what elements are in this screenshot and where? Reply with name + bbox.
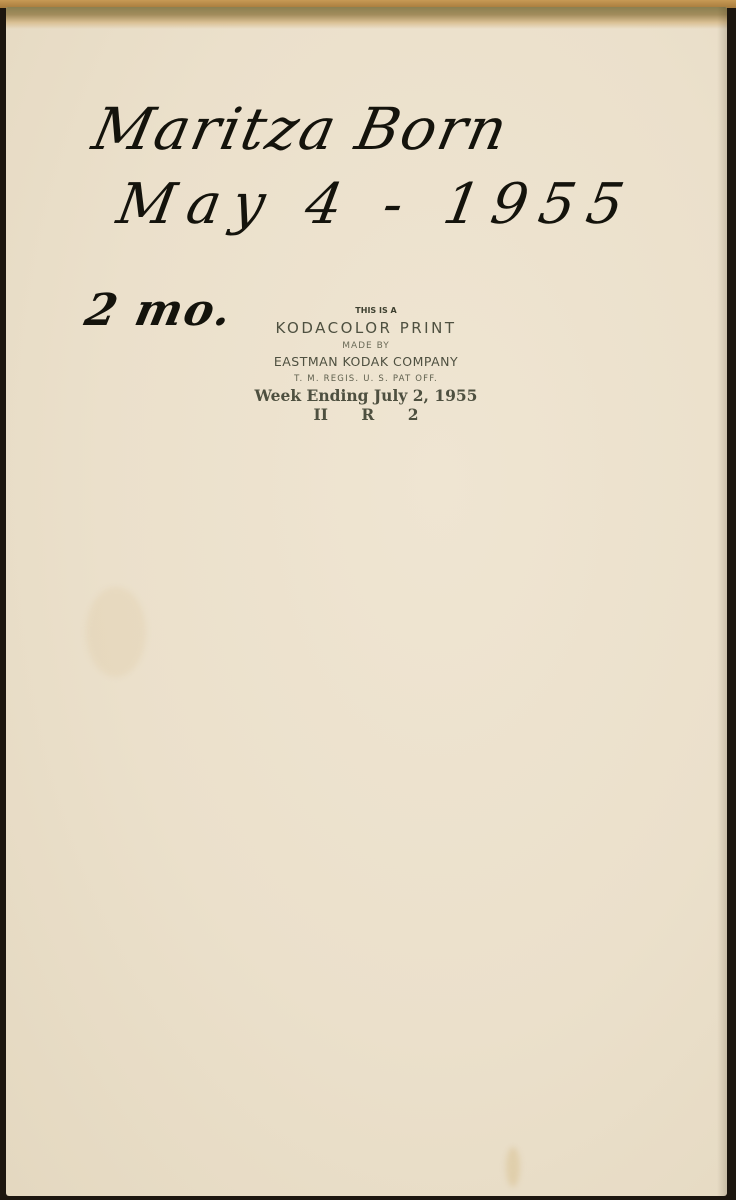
handwritten-name: Maritza Born: [87, 95, 515, 163]
stamp-line-product: KODACOLOR PRINT: [231, 321, 501, 336]
paper-stain: [86, 587, 146, 677]
kodacolor-stamp: THIS IS A KODACOLOR PRINT MADE BY EASTMA…: [231, 307, 501, 422]
card-top-shadow: [6, 7, 727, 29]
paper-stain: [506, 1147, 520, 1187]
stamp-line-trademark: T. M. REGIS. U. S. PAT OFF.: [231, 375, 501, 384]
stamp-line-intro: THIS IS A: [231, 307, 501, 315]
handwritten-age: 2 mo.: [81, 285, 238, 336]
stamp-line-code: II R 2: [231, 407, 501, 423]
handwritten-birth-date: May 4 - 1955: [112, 172, 640, 237]
card-right-shade: [717, 7, 727, 1196]
stamp-line-company: EASTMAN KODAK COMPANY: [231, 356, 501, 369]
photo-card: Maritza Born May 4 - 1955 2 mo. THIS IS …: [6, 7, 727, 1196]
stamp-line-week-ending: Week Ending July 2, 1955: [231, 388, 501, 404]
scanned-photo-back: Maritza Born May 4 - 1955 2 mo. THIS IS …: [0, 0, 736, 1200]
stamp-line-made-by: MADE BY: [231, 342, 501, 351]
